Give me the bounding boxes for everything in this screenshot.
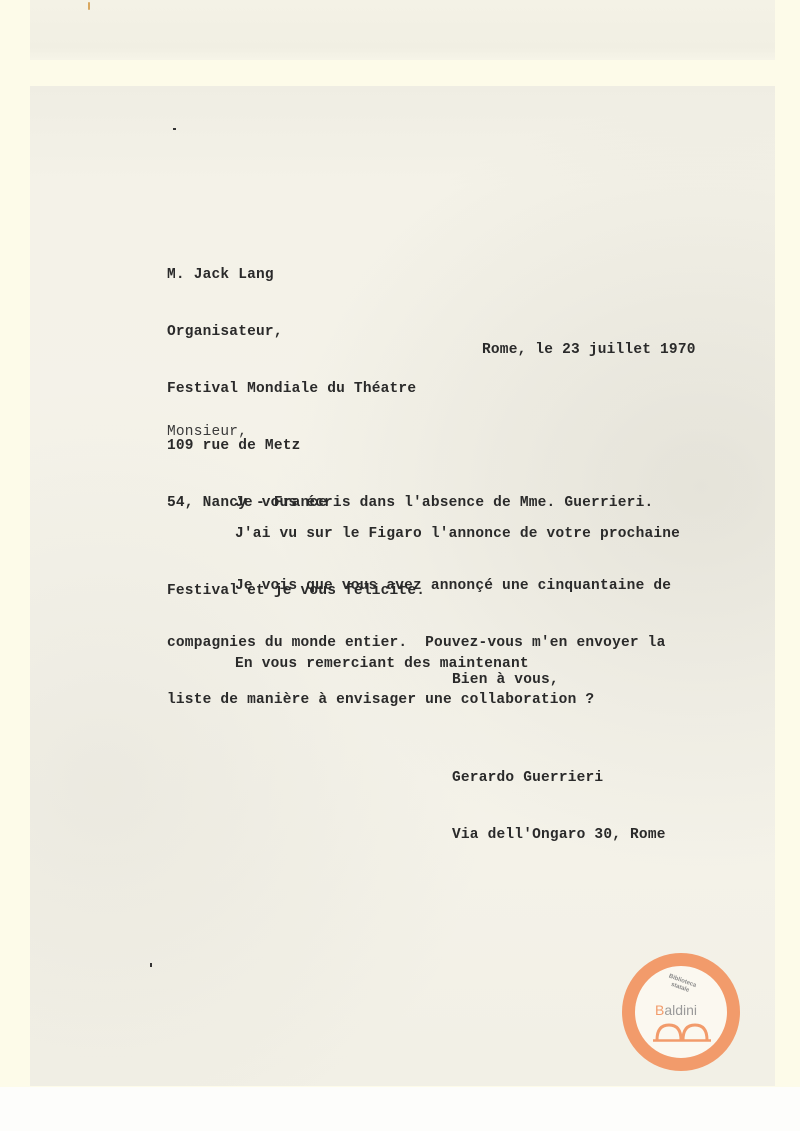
stamp-small-text: Biblioteca statale xyxy=(658,971,704,999)
scan-top-strip xyxy=(30,0,775,60)
stamp-name-initial: B xyxy=(655,1002,664,1018)
signature-name: Gerardo Guerrieri xyxy=(452,769,666,788)
stray-mark xyxy=(173,128,176,130)
signature-block: Gerardo Guerrieri Via dell'Ongaro 30, Ro… xyxy=(452,731,666,864)
paragraph-line: Je vois que vous avez annonçé une cinqua… xyxy=(167,577,671,596)
edge-mark xyxy=(88,2,90,10)
stray-mark xyxy=(150,963,152,967)
salutation: Monsieur, xyxy=(167,423,247,442)
place-date: Rome, le 23 juillet 1970 xyxy=(482,341,696,360)
address-line: M. Jack Lang xyxy=(167,266,416,285)
paragraph-line: liste de manière à envisager une collabo… xyxy=(167,691,671,710)
open-book-icon xyxy=(653,1022,711,1042)
address-line: Organisateur, xyxy=(167,323,416,342)
closing: Bien à vous, xyxy=(452,671,559,690)
signature-address: Via dell'Ongaro 30, Rome xyxy=(452,826,666,845)
library-stamp: Biblioteca statale Baldini xyxy=(622,953,740,1071)
stamp-name-rest: aldini xyxy=(664,1002,697,1018)
address-line: Festival Mondiale du Théatre xyxy=(167,380,416,399)
stamp-name: Baldini xyxy=(655,1002,697,1018)
